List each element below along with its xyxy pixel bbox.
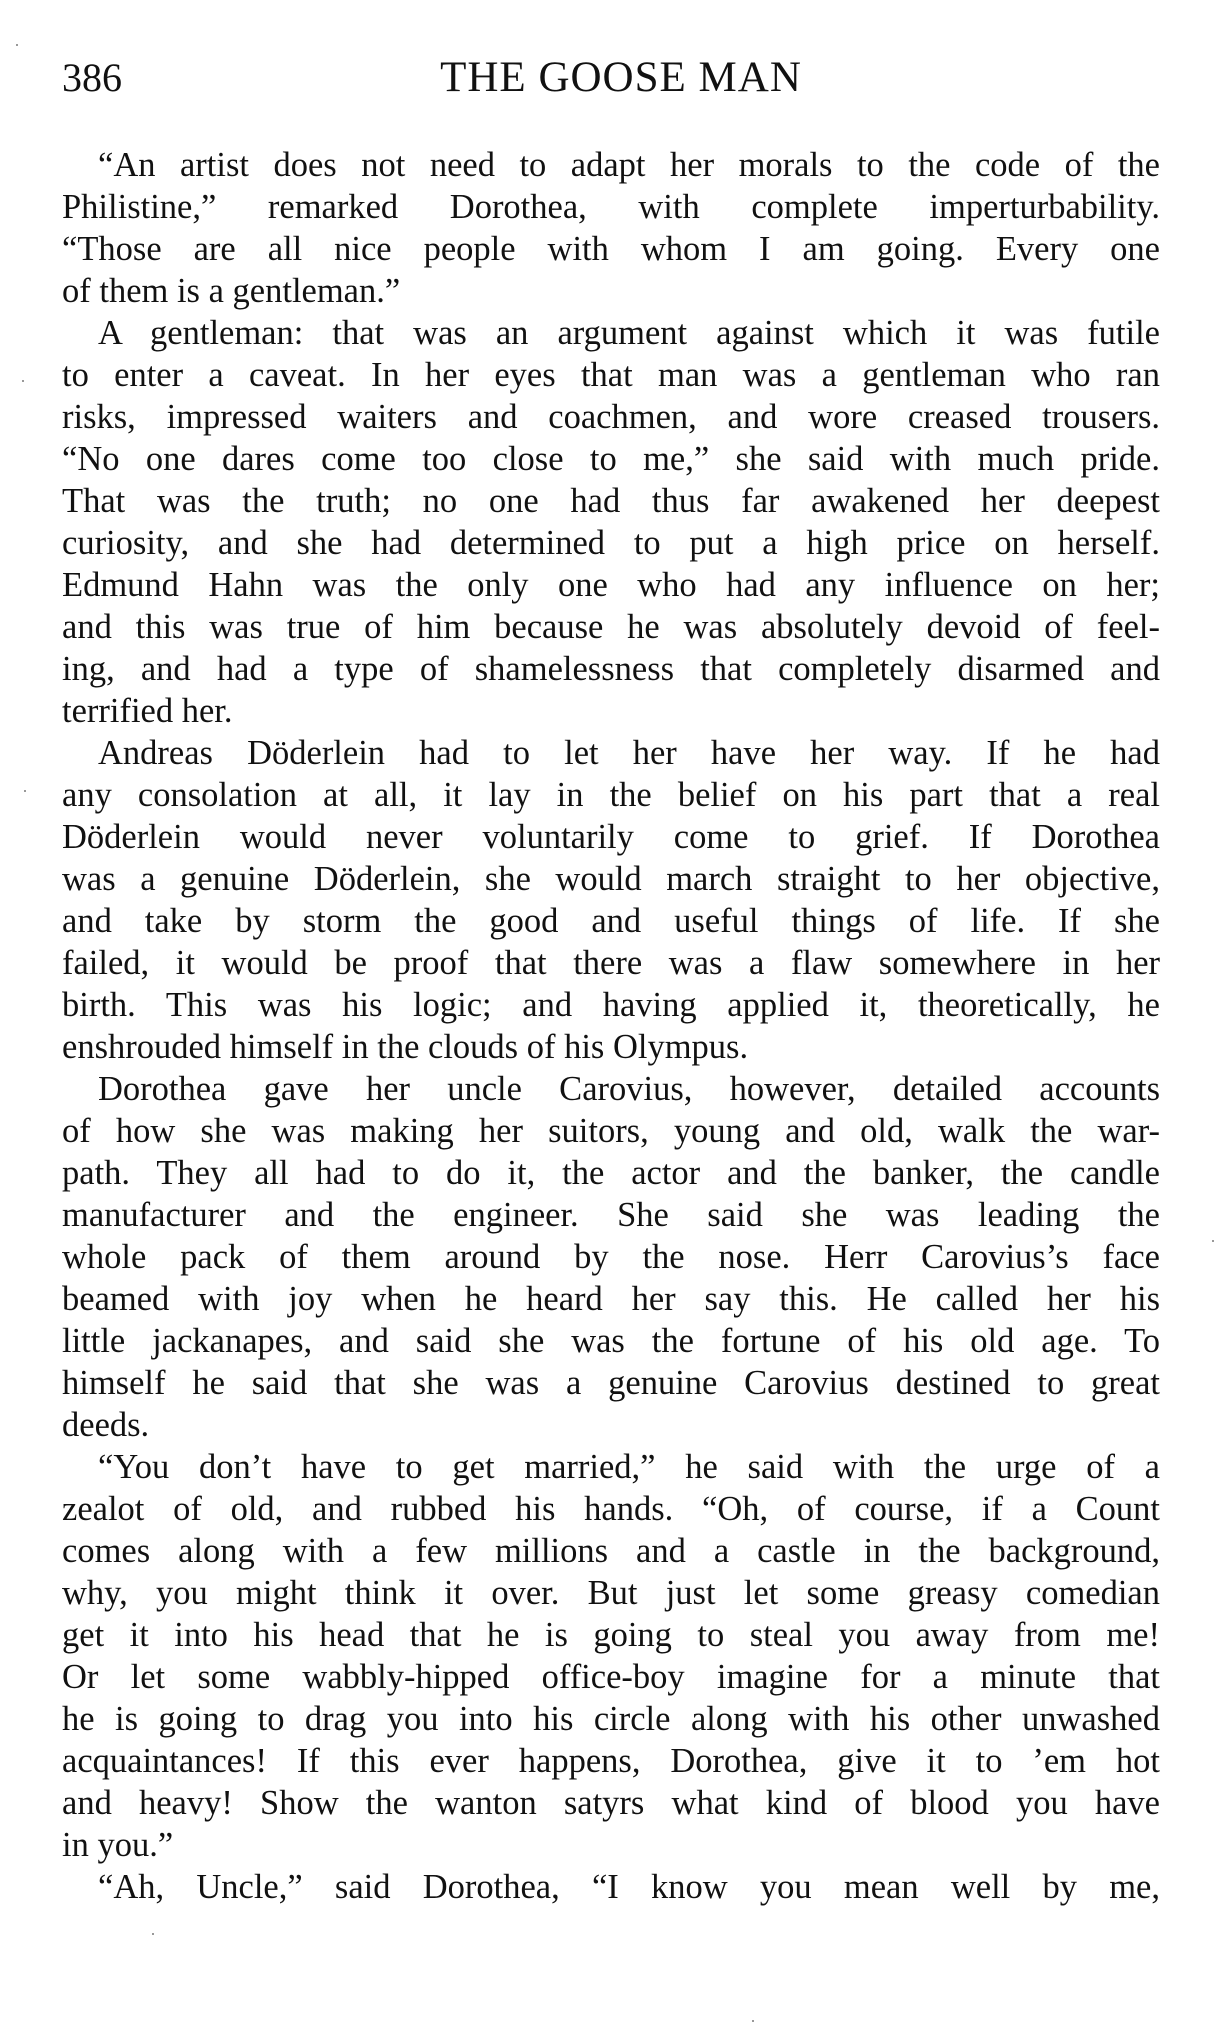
body-text: “An artist does not need to adapt her mo… (62, 144, 1160, 1908)
running-head: 386 THE GOOSE MAN (62, 56, 1160, 100)
text-line: and take by storm the good and useful th… (62, 900, 1160, 942)
text-line: himself he said that she was a genuine C… (62, 1362, 1160, 1404)
text-line: he is going to drag you into his circle … (62, 1698, 1160, 1740)
text-line: terrified her. (62, 690, 1160, 732)
text-line: “An artist does not need to adapt her mo… (62, 144, 1160, 186)
scan-speck (1212, 1240, 1214, 1242)
text-line: get it into his head that he is going to… (62, 1614, 1160, 1656)
text-line: why, you might think it over. But just l… (62, 1572, 1160, 1614)
text-line: in you.” (62, 1824, 1160, 1866)
text-line: of them is a gentleman.” (62, 270, 1160, 312)
text-line: path. They all had to do it, the actor a… (62, 1152, 1160, 1194)
text-line: ing, and had a type of shamelessness tha… (62, 648, 1160, 690)
text-line: birth. This was his logic; and having ap… (62, 984, 1160, 1026)
text-line: of how she was making her suitors, young… (62, 1110, 1160, 1152)
text-line: deeds. (62, 1404, 1160, 1446)
text-line: manufacturer and the engineer. She said … (62, 1194, 1160, 1236)
text-line: little jackanapes, and said she was the … (62, 1320, 1160, 1362)
text-line: Or let some wabbly-hipped office-boy ima… (62, 1656, 1160, 1698)
text-line: beamed with joy when he heard her say th… (62, 1278, 1160, 1320)
text-line: acquaintances! If this ever happens, Dor… (62, 1740, 1160, 1782)
text-line: A gentleman: that was an argument agains… (62, 312, 1160, 354)
text-line: Edmund Hahn was the only one who had any… (62, 564, 1160, 606)
running-title: THE GOOSE MAN (62, 56, 1160, 100)
text-line: Döderlein would never voluntarily come t… (62, 816, 1160, 858)
text-line: Dorothea gave her uncle Carovius, howeve… (62, 1068, 1160, 1110)
text-line: any consolation at all, it lay in the be… (62, 774, 1160, 816)
book-page: 386 THE GOOSE MAN “An artist does not ne… (0, 0, 1232, 2032)
text-line: was a genuine Döderlein, she would march… (62, 858, 1160, 900)
text-line: “You don’t have to get married,” he said… (62, 1446, 1160, 1488)
text-line: risks, impressed waiters and coachmen, a… (62, 396, 1160, 438)
text-line: zealot of old, and rubbed his hands. “Oh… (62, 1488, 1160, 1530)
scan-speck (152, 1933, 154, 1935)
scan-speck (22, 380, 24, 382)
text-line: “Ah, Uncle,” said Dorothea, “I know you … (62, 1866, 1160, 1908)
text-line: That was the truth; no one had thus far … (62, 480, 1160, 522)
text-line: “No one dares come too close to me,” she… (62, 438, 1160, 480)
text-line: whole pack of them around by the nose. H… (62, 1236, 1160, 1278)
scan-speck (752, 2020, 754, 2022)
text-line: comes along with a few millions and a ca… (62, 1530, 1160, 1572)
text-line: to enter a caveat. In her eyes that man … (62, 354, 1160, 396)
text-line: curiosity, and she had determined to put… (62, 522, 1160, 564)
scan-speck (16, 44, 18, 46)
scan-speck (24, 790, 26, 792)
text-line: enshrouded himself in the clouds of his … (62, 1026, 1160, 1068)
text-line: and this was true of him because he was … (62, 606, 1160, 648)
text-line: Andreas Döderlein had to let her have he… (62, 732, 1160, 774)
text-line: “Those are all nice people with whom I a… (62, 228, 1160, 270)
text-line: failed, it would be proof that there was… (62, 942, 1160, 984)
text-line: and heavy! Show the wanton satyrs what k… (62, 1782, 1160, 1824)
text-line: Philistine,” remarked Dorothea, with com… (62, 186, 1160, 228)
